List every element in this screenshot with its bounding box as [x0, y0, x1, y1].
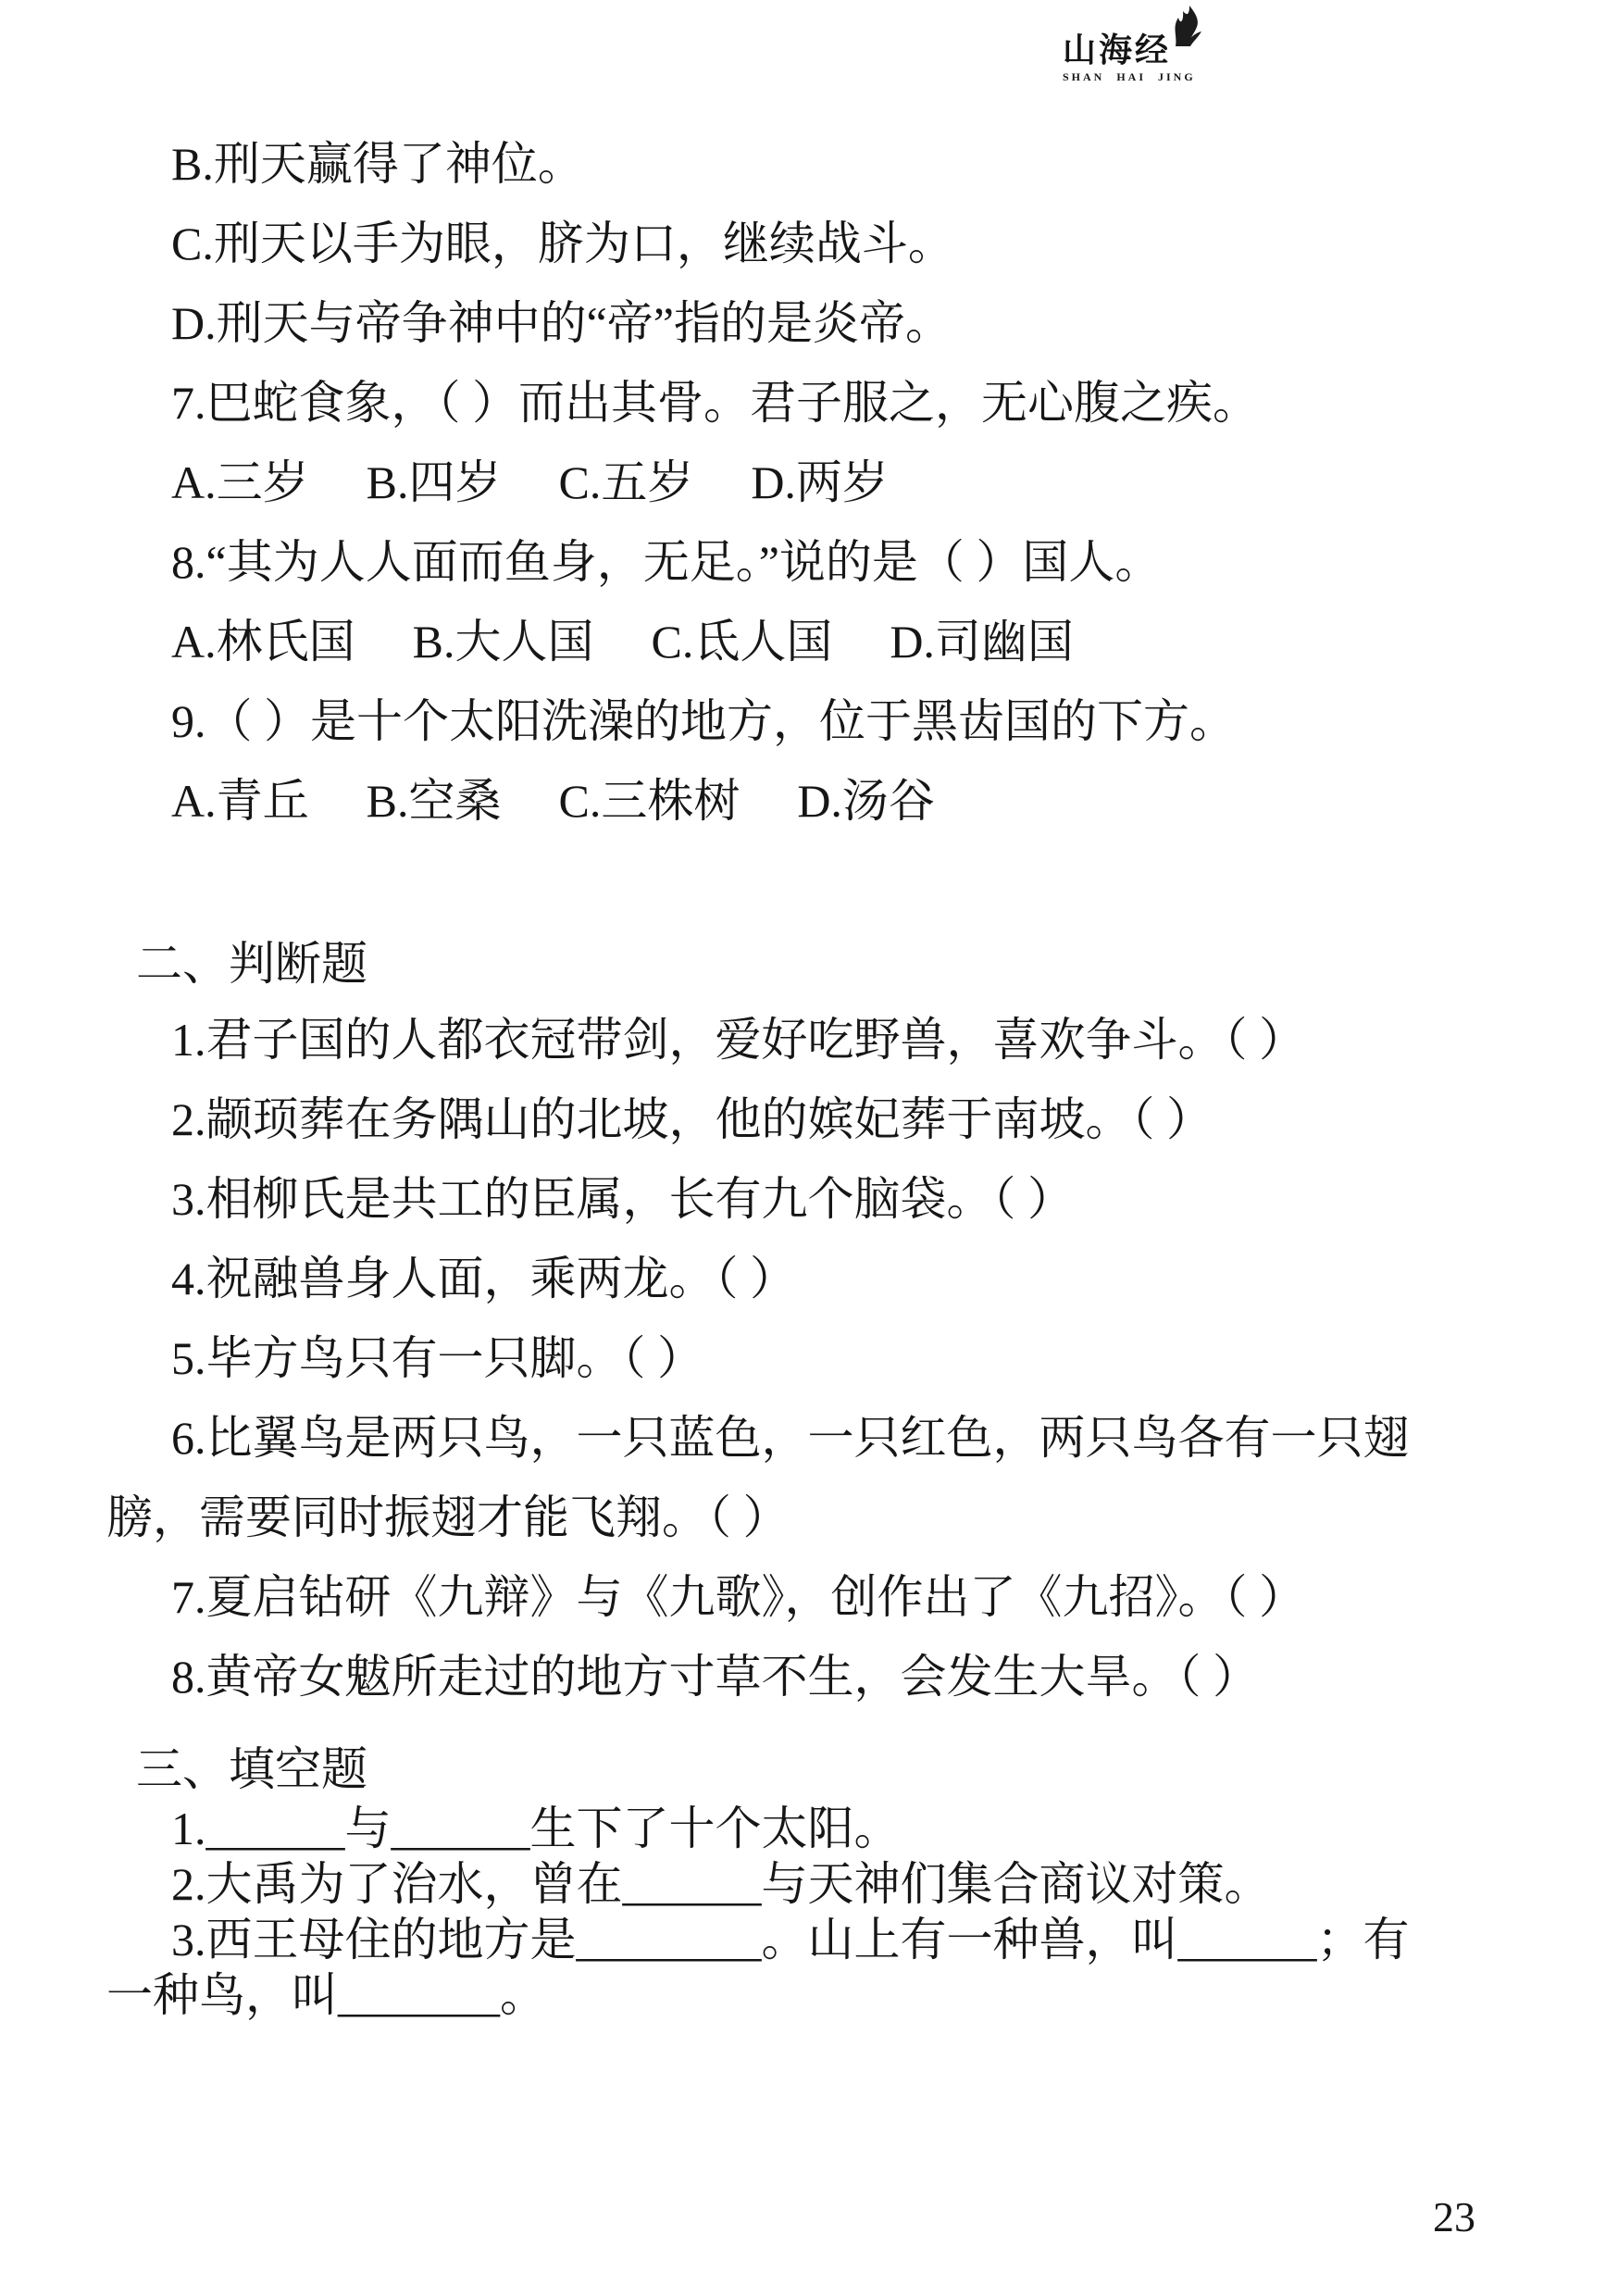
- question-line: 6.比翼鸟是两只鸟，一只蓝色，一只红色，两只鸟各有一只翅: [106, 1413, 1532, 1463]
- question-line: 8.“其为人人面而鱼身，无足。”说的是（ ）国人。: [106, 537, 1532, 587]
- options-row: A.三岁B.四岁C.五岁D.两岁: [106, 457, 1532, 507]
- true-false-section: 二、判断题1.君子国的人都衣冠带剑，爱好吃野兽，喜欢争斗。（ ）2.颛顼葬在务隅…: [106, 939, 1532, 1702]
- workbook-page: 山海经 SHAN HAI JING B.刑天赢得了神位。C.刑天以手为眼，脐为口…: [0, 0, 1618, 2296]
- question-line: 9.（ ）是十个太阳洗澡的地方，位于黑齿国的下方。: [106, 696, 1532, 746]
- question-line: 1.君子国的人都衣冠带剑，爱好吃野兽，喜欢争斗。（ ）: [106, 1015, 1532, 1065]
- page-number: 23: [1433, 2192, 1475, 2241]
- continuation-line: 一种鸟，叫_______。: [106, 1970, 1532, 2020]
- question-line: D.刑天与帝争神中的“帝”指的是炎帝。: [106, 298, 1532, 348]
- continuation-line: 膀，需要同时振翅才能飞翔。（ ）: [106, 1492, 1532, 1542]
- question-line: 1.______与______生下了十个太阳。: [106, 1803, 1532, 1853]
- logo-subtitle: SHAN HAI JING: [1063, 70, 1220, 84]
- option: D.司幽国: [890, 617, 1074, 667]
- multiple-choice-continued: B.刑天赢得了神位。C.刑天以手为眼，脐为口，继续战斗。D.刑天与帝争神中的“帝…: [106, 139, 1532, 826]
- option: B.大人国: [413, 617, 594, 667]
- question-line: 4.祝融兽身人面，乘两龙。（ ）: [106, 1254, 1532, 1304]
- option: A.三岁: [171, 457, 309, 507]
- leaf-icon: [1166, 6, 1205, 51]
- true-false-section-heading: 二、判断题: [106, 939, 1532, 989]
- option: C.五岁: [558, 457, 693, 507]
- brand-logo: 山海经 SHAN HAI JING: [1063, 31, 1220, 84]
- fill-blank-section: 三、填空题1.______与______生下了十个太阳。2.大禹为了治水，曾在_…: [106, 1744, 1532, 2020]
- option: C.三株树: [558, 776, 740, 826]
- option: C.氐人国: [651, 617, 832, 667]
- option: D.汤谷: [797, 776, 935, 826]
- options-row: A.青丘B.空桑C.三株树D.汤谷: [106, 776, 1532, 826]
- question-line: 5.毕方鸟只有一只脚。（ ）: [106, 1333, 1532, 1383]
- question-line: 8.黄帝女魃所走过的地方寸草不生，会发生大旱。（ ）: [106, 1652, 1532, 1702]
- question-line: C.刑天以手为眼，脐为口，继续战斗。: [106, 218, 1532, 268]
- options-row: A.林氏国B.大人国C.氐人国D.司幽国: [106, 617, 1532, 667]
- question-line: 3.相柳氏是共工的臣属，长有九个脑袋。（ ）: [106, 1174, 1532, 1224]
- question-line: B.刑天赢得了神位。: [106, 139, 1532, 189]
- question-line: 7.夏启钻研《九辩》与《九歌》，创作出了《九招》。（ ）: [106, 1572, 1532, 1622]
- option: A.林氏国: [171, 617, 355, 667]
- document-body: B.刑天赢得了神位。C.刑天以手为眼，脐为口，继续战斗。D.刑天与帝争神中的“帝…: [106, 139, 1532, 2026]
- option: B.空桑: [367, 776, 502, 826]
- option: B.四岁: [367, 457, 502, 507]
- option: D.两岁: [751, 457, 889, 507]
- option: A.青丘: [171, 776, 309, 826]
- question-line: 2.颛顼葬在务隅山的北坡，他的嫔妃葬于南坡。（ ）: [106, 1094, 1532, 1144]
- question-line: 3.西王母住的地方是________。山上有一种兽，叫______；有: [106, 1915, 1532, 1965]
- fill-blank-section-heading: 三、填空题: [106, 1744, 1532, 1794]
- question-line: 2.大禹为了治水，曾在______与天神们集合商议对策。: [106, 1859, 1532, 1909]
- question-line: 7.巴蛇食象，（ ）而出其骨。君子服之，无心腹之疾。: [106, 378, 1532, 428]
